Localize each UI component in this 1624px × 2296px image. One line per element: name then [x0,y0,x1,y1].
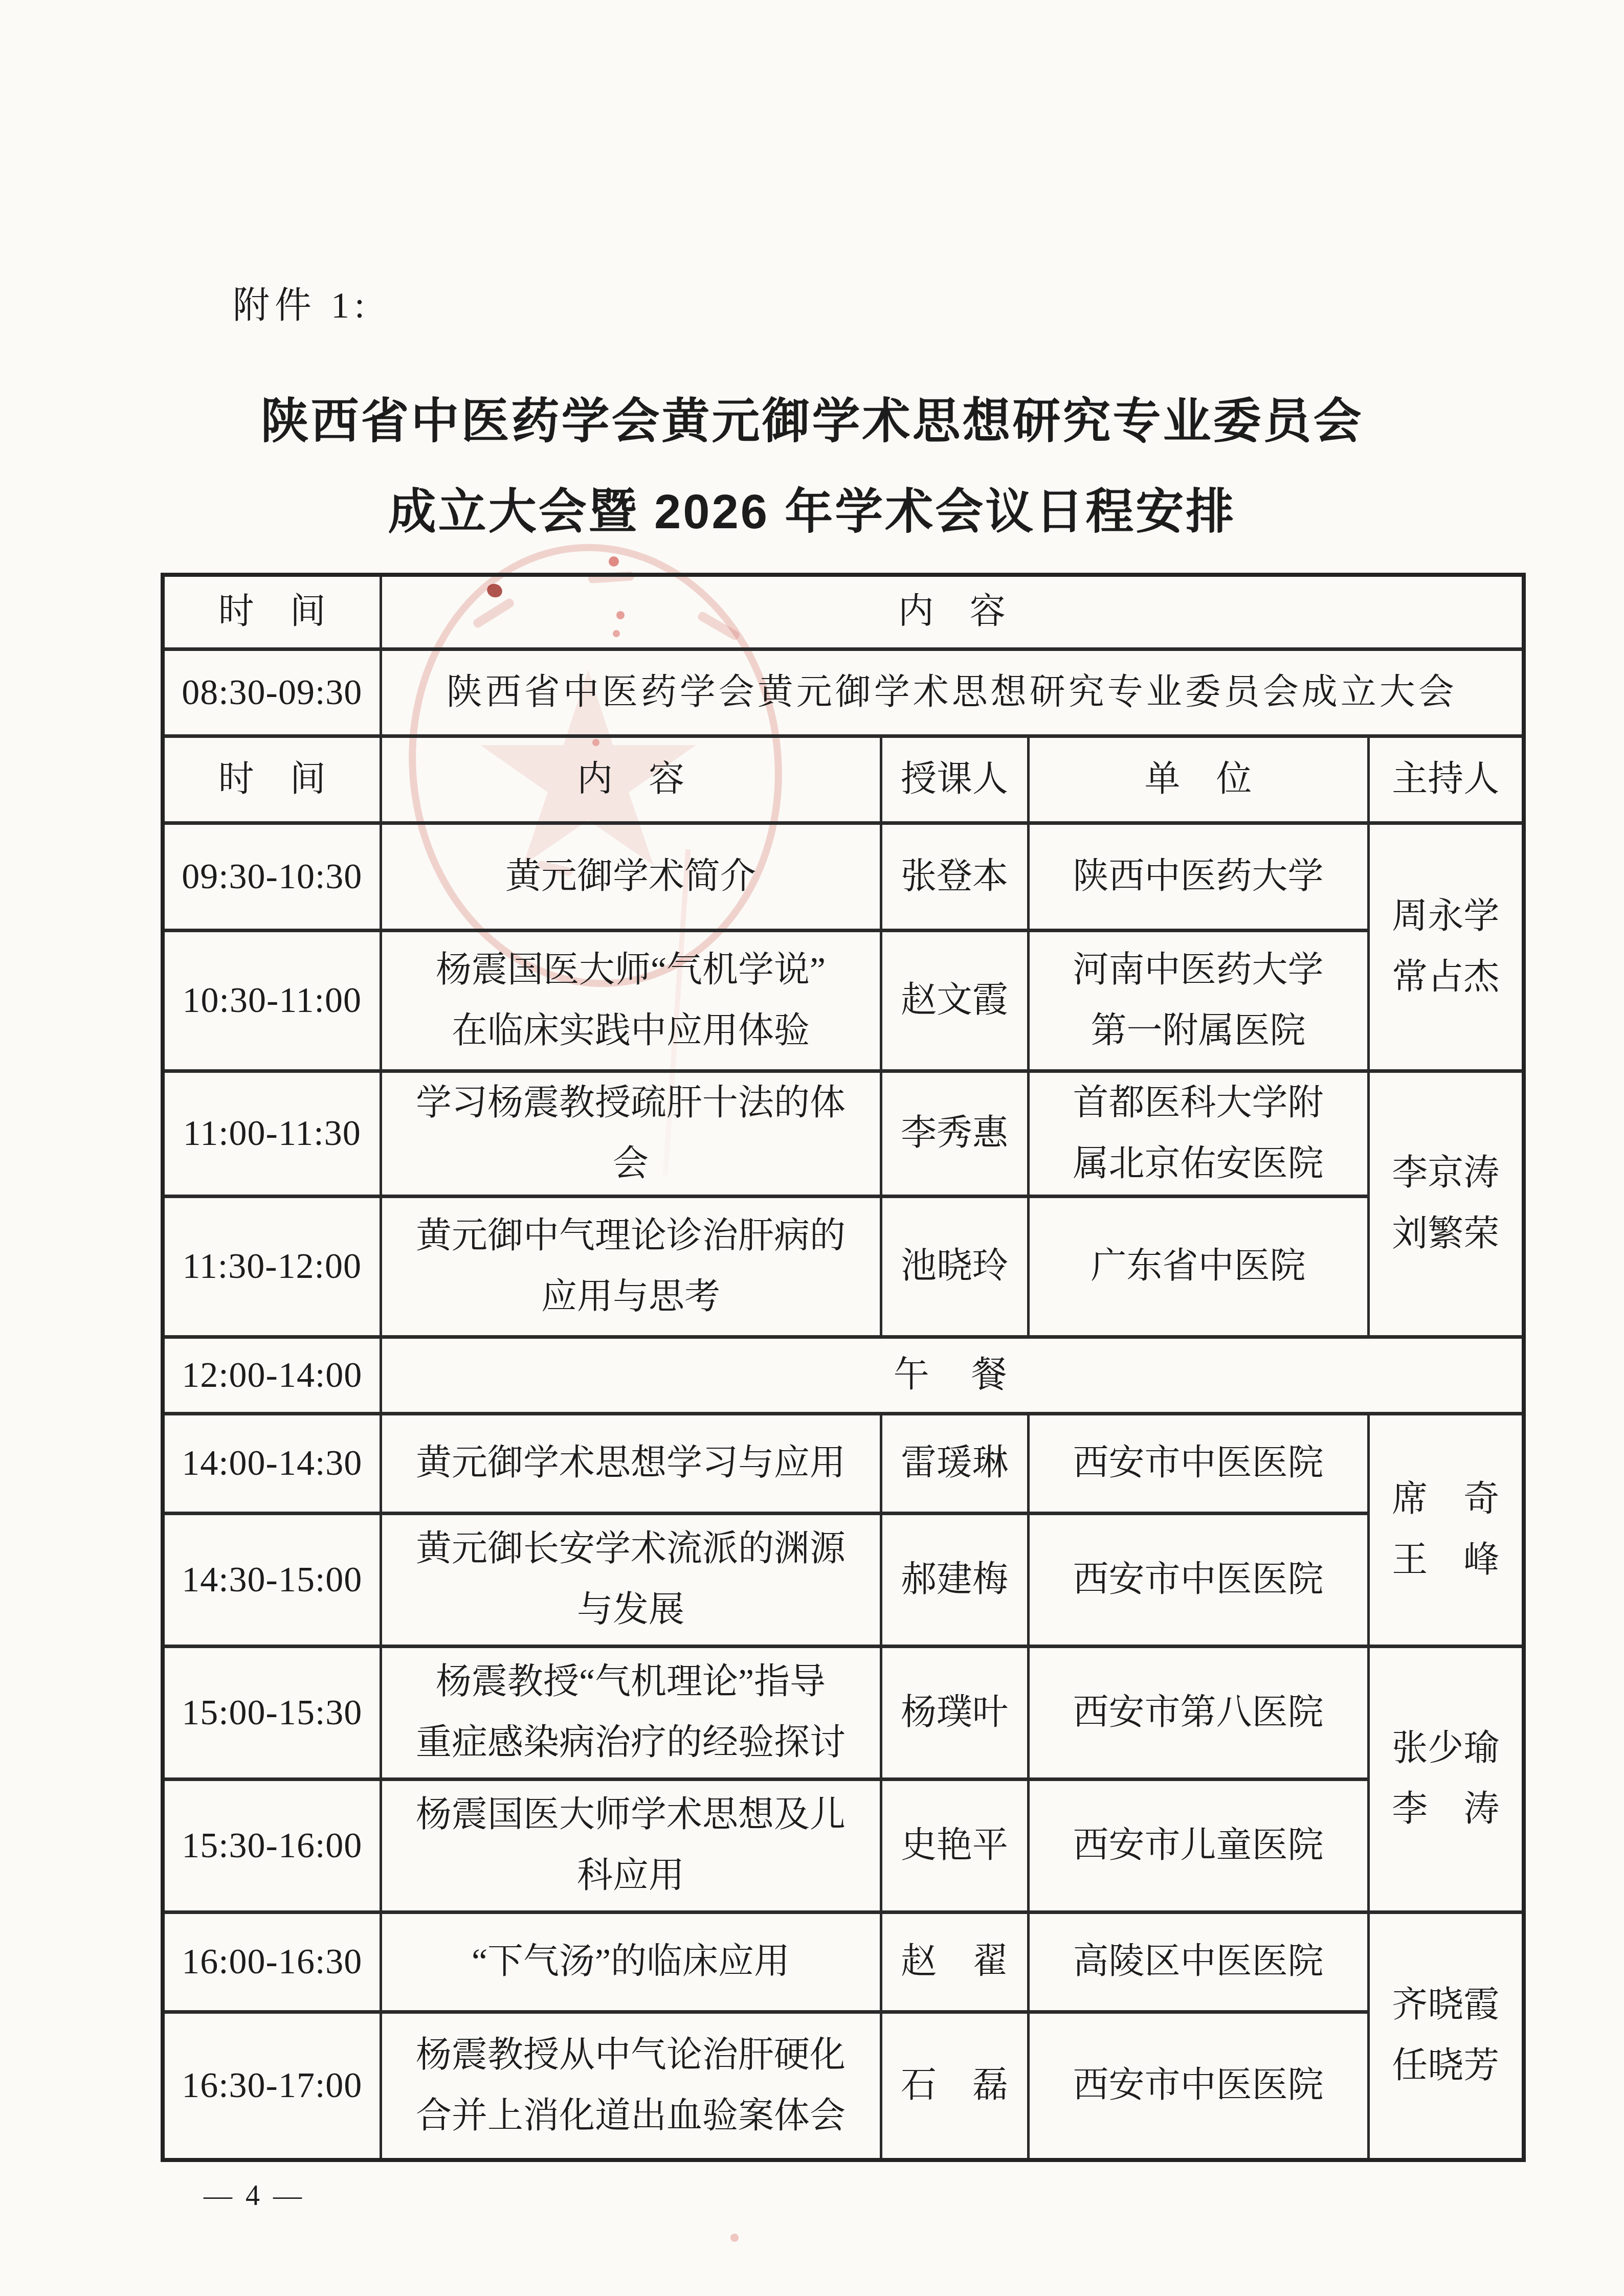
session-unit: 西安市儿童医院 [1028,1779,1368,1912]
session-unit: 西安市中医医院 [1028,1513,1368,1646]
page-number: — 4 — [204,2179,305,2212]
session-lecturer: 赵 翟 [881,1912,1028,2012]
session-unit: 广东省中医院 [1028,1196,1368,1337]
session-content: 杨震教授“气机理论”指导 重症感染病治疗的经验探讨 [381,1646,881,1779]
document-title-line2: 成立大会暨 2026 年学术会议日程安排 [0,473,1624,542]
lunch-time: 12:00-14:00 [163,1337,381,1413]
session-lecturer: 史艳平 [881,1779,1028,1912]
session-lecturer: 石 磊 [881,2012,1028,2160]
header-lecturer: 授课人 [881,736,1028,823]
session-lecturer: 李秀惠 [881,1071,1028,1196]
header-host: 主持人 [1368,736,1524,823]
session-row: 15:30-16:00 杨震国医大师学术思想及儿 科应用 史艳平 西安市儿童医院 [163,1779,1524,1912]
session-time: 11:30-12:00 [163,1196,381,1337]
session-content: 黄元御学术思想学习与应用 [381,1413,881,1513]
opening-time: 08:30-09:30 [163,649,381,736]
session-unit: 陕西中医药大学 [1028,823,1368,930]
header-time: 时 间 [163,575,381,649]
session-hosts: 周永学 常占杰 [1368,823,1524,1071]
opening-content: 陕西省中医药学会黄元御学术思想研究专业委员会成立大会 [381,649,1524,736]
session-time: 16:30-17:00 [163,2012,381,2160]
session-unit: 首都医科大学附 属北京佑安医院 [1028,1071,1368,1196]
session-time: 09:30-10:30 [163,823,381,930]
lunch-row: 12:00-14:00 午 餐 [163,1337,1524,1413]
header-content: 内 容 [381,575,1524,649]
session-row: 10:30-11:00 杨震国医大师“气机学说” 在临床实践中应用体验 赵文霞 … [163,930,1524,1071]
session-lecturer: 郝建梅 [881,1513,1028,1646]
document-page: 附件 1: 陕西省中医药学会黄元御学术思想研究专业委员会 成立大会暨 2026 … [0,0,1624,2296]
session-content: 黄元御中气理论诊治肝病的 应用与思考 [381,1196,881,1337]
red-ink-dot [609,556,619,567]
session-time: 14:00-14:30 [163,1413,381,1513]
session-lecturer: 张登本 [881,823,1028,930]
session-unit: 西安市中医医院 [1028,2012,1368,2160]
session-row: 16:00-16:30 “下气汤”的临床应用 赵 翟 高陵区中医医院 齐晓霞 任… [163,1912,1524,2012]
session-row: 16:30-17:00 杨震教授从中气论治肝硬化 合并上消化道出血验案体会 石 … [163,2012,1524,2160]
session-content: 杨震教授从中气论治肝硬化 合并上消化道出血验案体会 [381,2012,881,2160]
header-row-top: 时 间 内 容 [163,575,1524,649]
session-unit: 西安市第八医院 [1028,1646,1368,1779]
session-row: 14:30-15:00 黄元御长安学术流派的渊源 与发展 郝建梅 西安市中医医院 [163,1513,1524,1646]
session-row: 11:00-11:30 学习杨震教授疏肝十法的体 会 李秀惠 首都医科大学附 属… [163,1071,1524,1196]
session-hosts: 李京涛 刘繁荣 [1368,1071,1524,1337]
session-time: 16:00-16:30 [163,1912,381,2012]
session-time: 14:30-15:00 [163,1513,381,1646]
session-hosts: 席 奇 王 峰 [1368,1413,1524,1646]
red-ink-dot [730,2234,739,2242]
session-row: 11:30-12:00 黄元御中气理论诊治肝病的 应用与思考 池晓玲 广东省中医… [163,1196,1524,1337]
session-hosts: 齐晓霞 任晓芳 [1368,1912,1524,2160]
session-content: 黄元御学术简介 [381,823,881,930]
attachment-label: 附件 1: [233,275,370,328]
session-lecturer: 赵文霞 [881,930,1028,1071]
conference-schedule-table: 时 间 内 容 08:30-09:30 陕西省中医药学会黄元御学术思想研究专业委… [161,573,1526,2162]
header-unit: 单 位 [1028,736,1368,823]
opening-session-row: 08:30-09:30 陕西省中医药学会黄元御学术思想研究专业委员会成立大会 [163,649,1524,736]
session-lecturer: 杨璞叶 [881,1646,1028,1779]
session-content: 学习杨震教授疏肝十法的体 会 [381,1071,881,1196]
session-time: 11:00-11:30 [163,1071,381,1196]
session-row: 14:00-14:30 黄元御学术思想学习与应用 雷瑗琳 西安市中医医院 席 奇… [163,1413,1524,1513]
session-unit: 西安市中医医院 [1028,1413,1368,1513]
session-unit: 高陵区中医医院 [1028,1912,1368,2012]
header-time: 时 间 [163,736,381,823]
session-lecturer: 池晓玲 [881,1196,1028,1337]
lunch-label: 午 餐 [381,1337,1524,1413]
session-content: “下气汤”的临床应用 [381,1912,881,2012]
session-hosts: 张少瑜 李 涛 [1368,1646,1524,1912]
session-row: 09:30-10:30 黄元御学术简介 张登本 陕西中医药大学 周永学 常占杰 [163,823,1524,930]
document-title-line1: 陕西省中医药学会黄元御学术思想研究专业委员会 [0,382,1624,452]
session-time: 10:30-11:00 [163,930,381,1071]
session-time: 15:00-15:30 [163,1646,381,1779]
session-content: 黄元御长安学术流派的渊源 与发展 [381,1513,881,1646]
session-unit: 河南中医药大学 第一附属医院 [1028,930,1368,1071]
header-row-main: 时 间 内 容 授课人 单 位 主持人 [163,736,1524,823]
session-lecturer: 雷瑗琳 [881,1413,1028,1513]
session-time: 15:30-16:00 [163,1779,381,1912]
session-content: 杨震国医大师“气机学说” 在临床实践中应用体验 [381,930,881,1071]
header-content: 内 容 [381,736,881,823]
session-row: 15:00-15:30 杨震教授“气机理论”指导 重症感染病治疗的经验探讨 杨璞… [163,1646,1524,1779]
session-content: 杨震国医大师学术思想及儿 科应用 [381,1779,881,1912]
